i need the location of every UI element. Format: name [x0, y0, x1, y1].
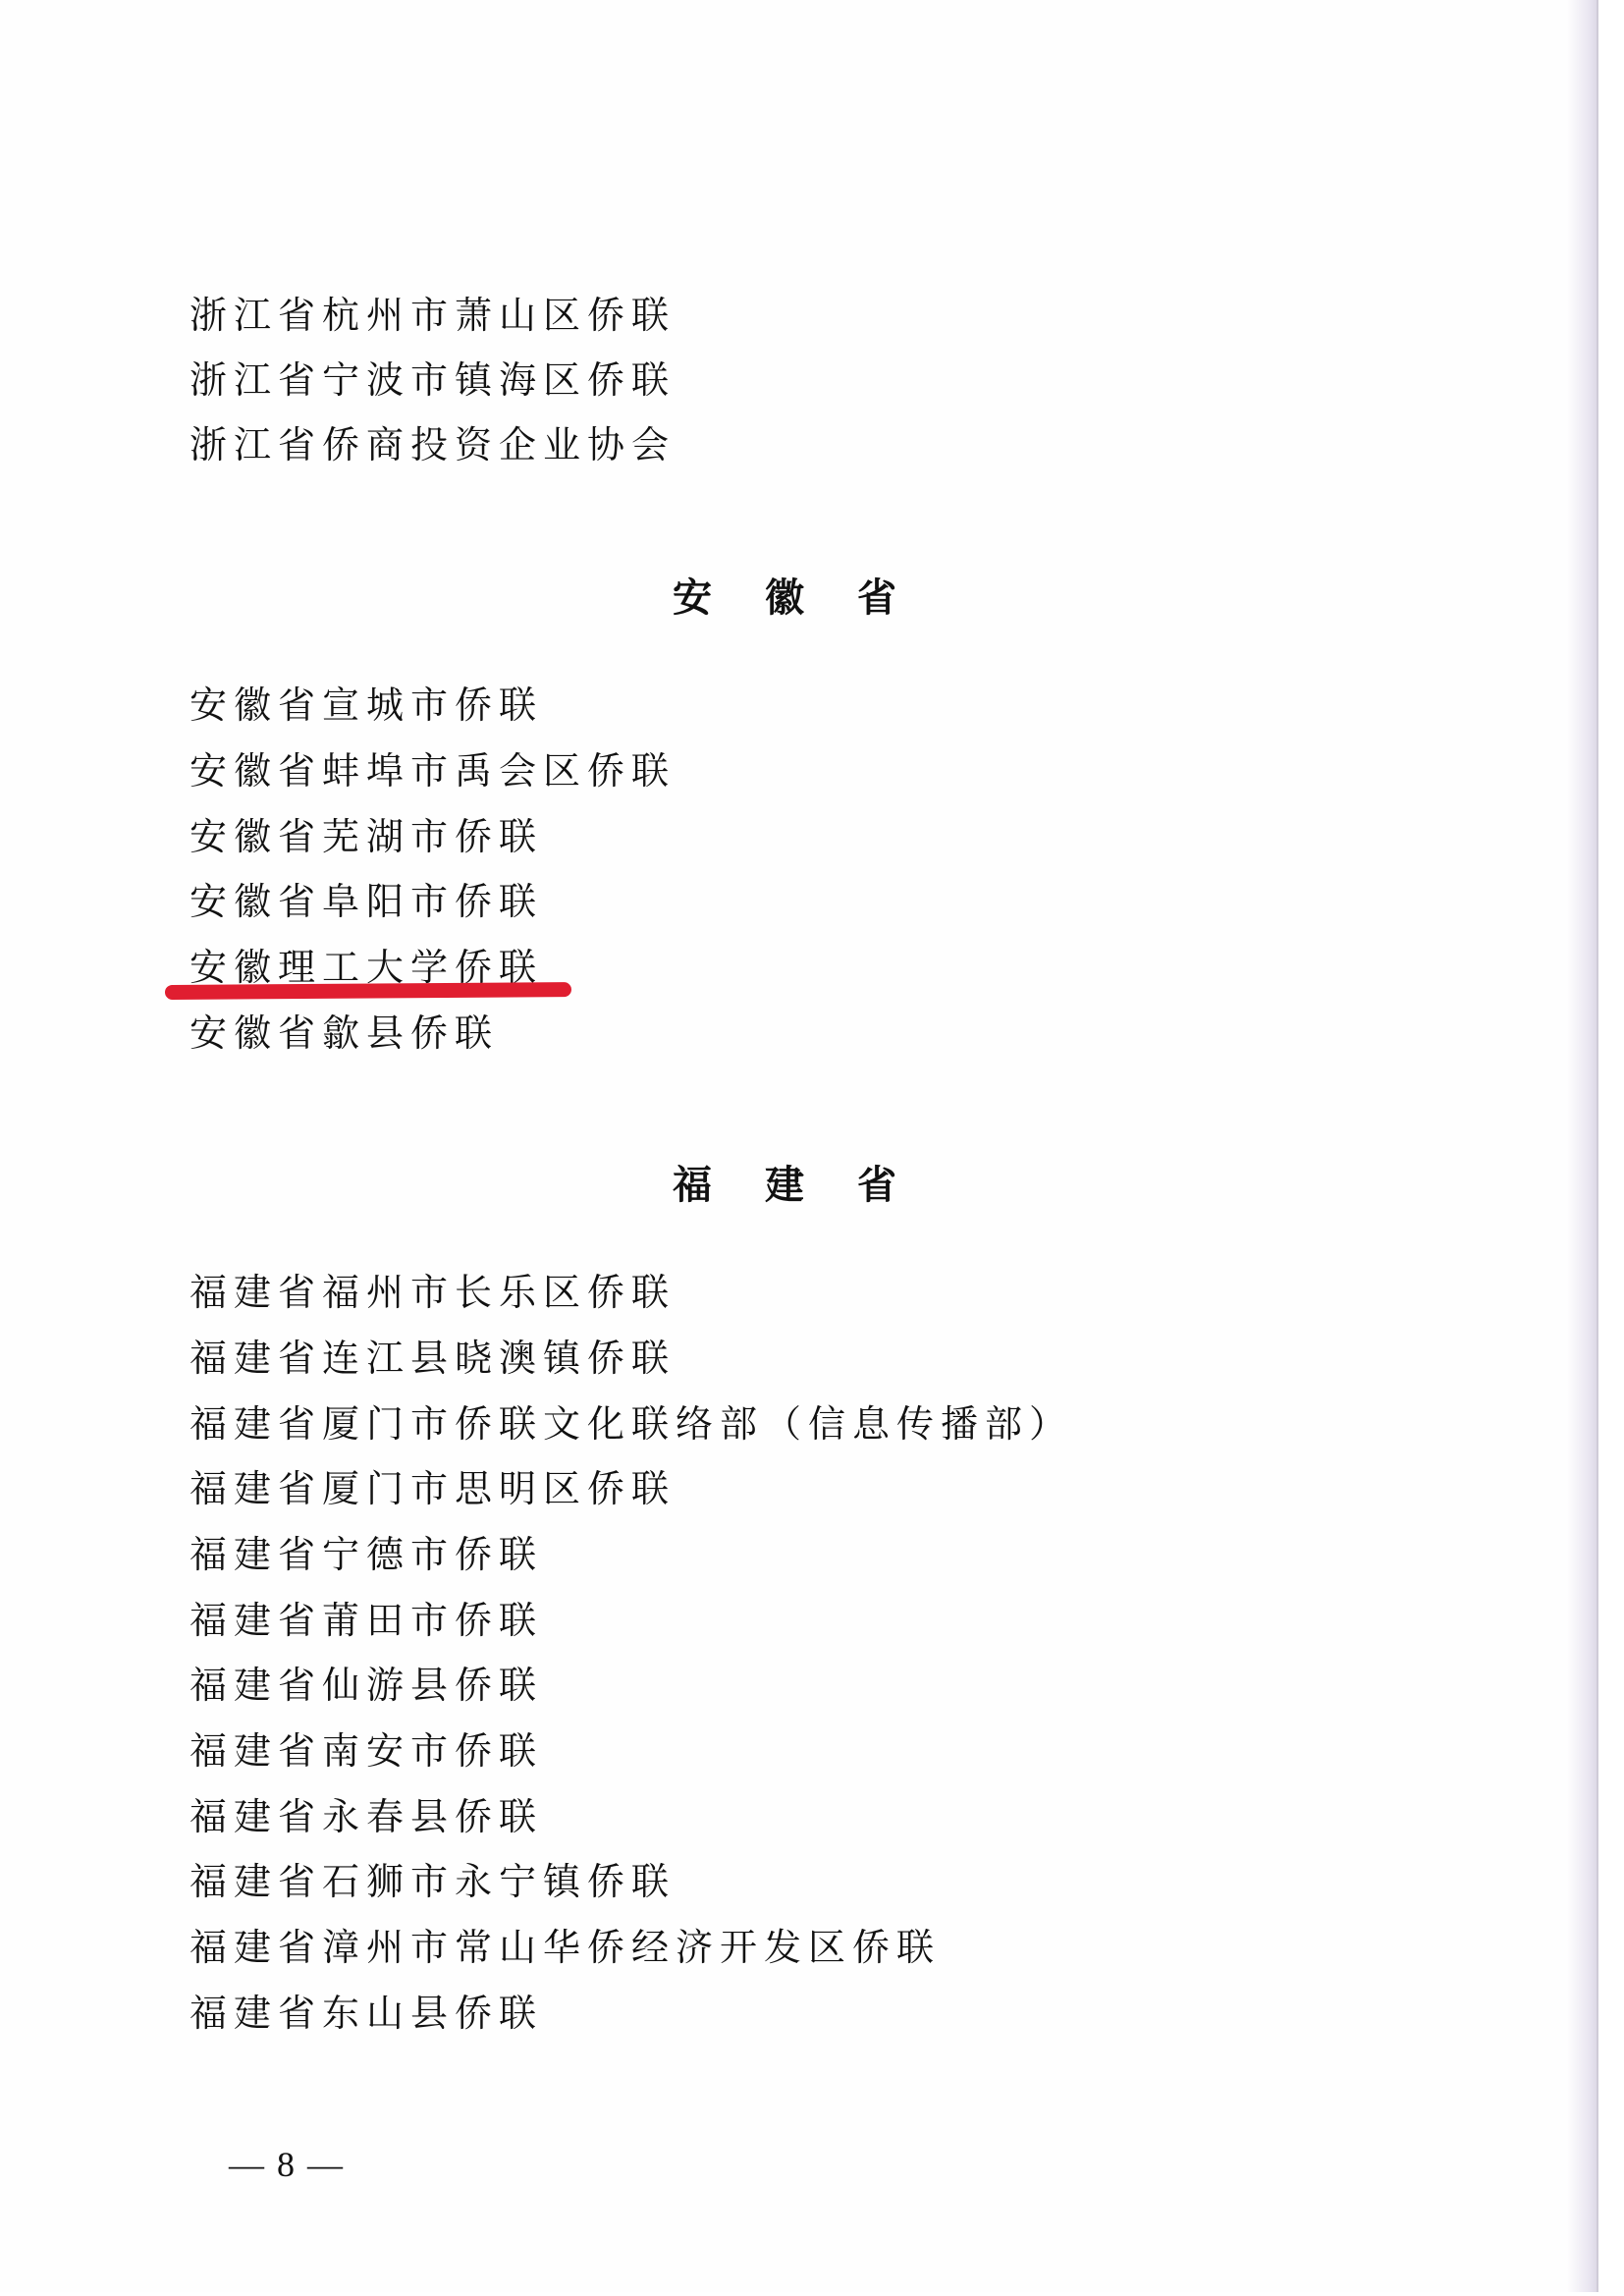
list-item-zhejiang: 浙江省宁波市镇海区侨联: [189, 357, 676, 403]
list-item-anhui: 安徽省阜阳市侨联: [189, 879, 543, 924]
list-item-fujian: 福建省南安市侨联: [189, 1728, 543, 1774]
section-heading-anhui: 安徽省: [673, 575, 949, 621]
list-item-fujian: 福建省东山县侨联: [189, 1991, 543, 2036]
list-item-fujian: 福建省宁德市侨联: [189, 1532, 543, 1577]
list-item-fujian: 福建省福州市长乐区侨联: [189, 1270, 676, 1315]
page-number: — 8 —: [229, 2145, 343, 2184]
list-item-fujian: 福建省仙游县侨联: [189, 1663, 543, 1708]
list-item-fujian: 福建省永春县侨联: [189, 1794, 543, 1839]
document-page: 浙江省杭州市萧山区侨联 浙江省宁波市镇海区侨联 浙江省侨商投资企业协会 安徽省 …: [0, 0, 1597, 2292]
red-underline-mark: [165, 982, 571, 1000]
list-item-anhui: 安徽省宣城市侨联: [189, 683, 543, 728]
list-item-zhejiang: 浙江省杭州市萧山区侨联: [189, 293, 676, 338]
list-item-anhui: 安徽省芜湖市侨联: [189, 814, 543, 859]
list-item-fujian: 福建省石狮市永宁镇侨联: [189, 1859, 676, 1904]
list-item-anhui: 安徽省歙县侨联: [189, 1011, 499, 1056]
page-edge-shadow: [1567, 0, 1597, 2292]
list-item-fujian: 福建省连江县晓澳镇侨联: [189, 1336, 676, 1381]
list-item-fujian: 福建省漳州市常山华侨经济开发区侨联: [189, 1925, 941, 1970]
list-item-fujian: 福建省厦门市思明区侨联: [189, 1466, 676, 1511]
list-item-anhui: 安徽省蚌埠市禹会区侨联: [189, 748, 676, 793]
list-item-fujian: 福建省莆田市侨联: [189, 1598, 543, 1643]
section-heading-fujian: 福建省: [673, 1163, 949, 1208]
page-edge: [1597, 0, 1598, 2292]
list-item-zhejiang: 浙江省侨商投资企业协会: [189, 422, 676, 467]
list-item-fujian: 福建省厦门市侨联文化联络部（信息传播部）: [189, 1401, 1073, 1447]
